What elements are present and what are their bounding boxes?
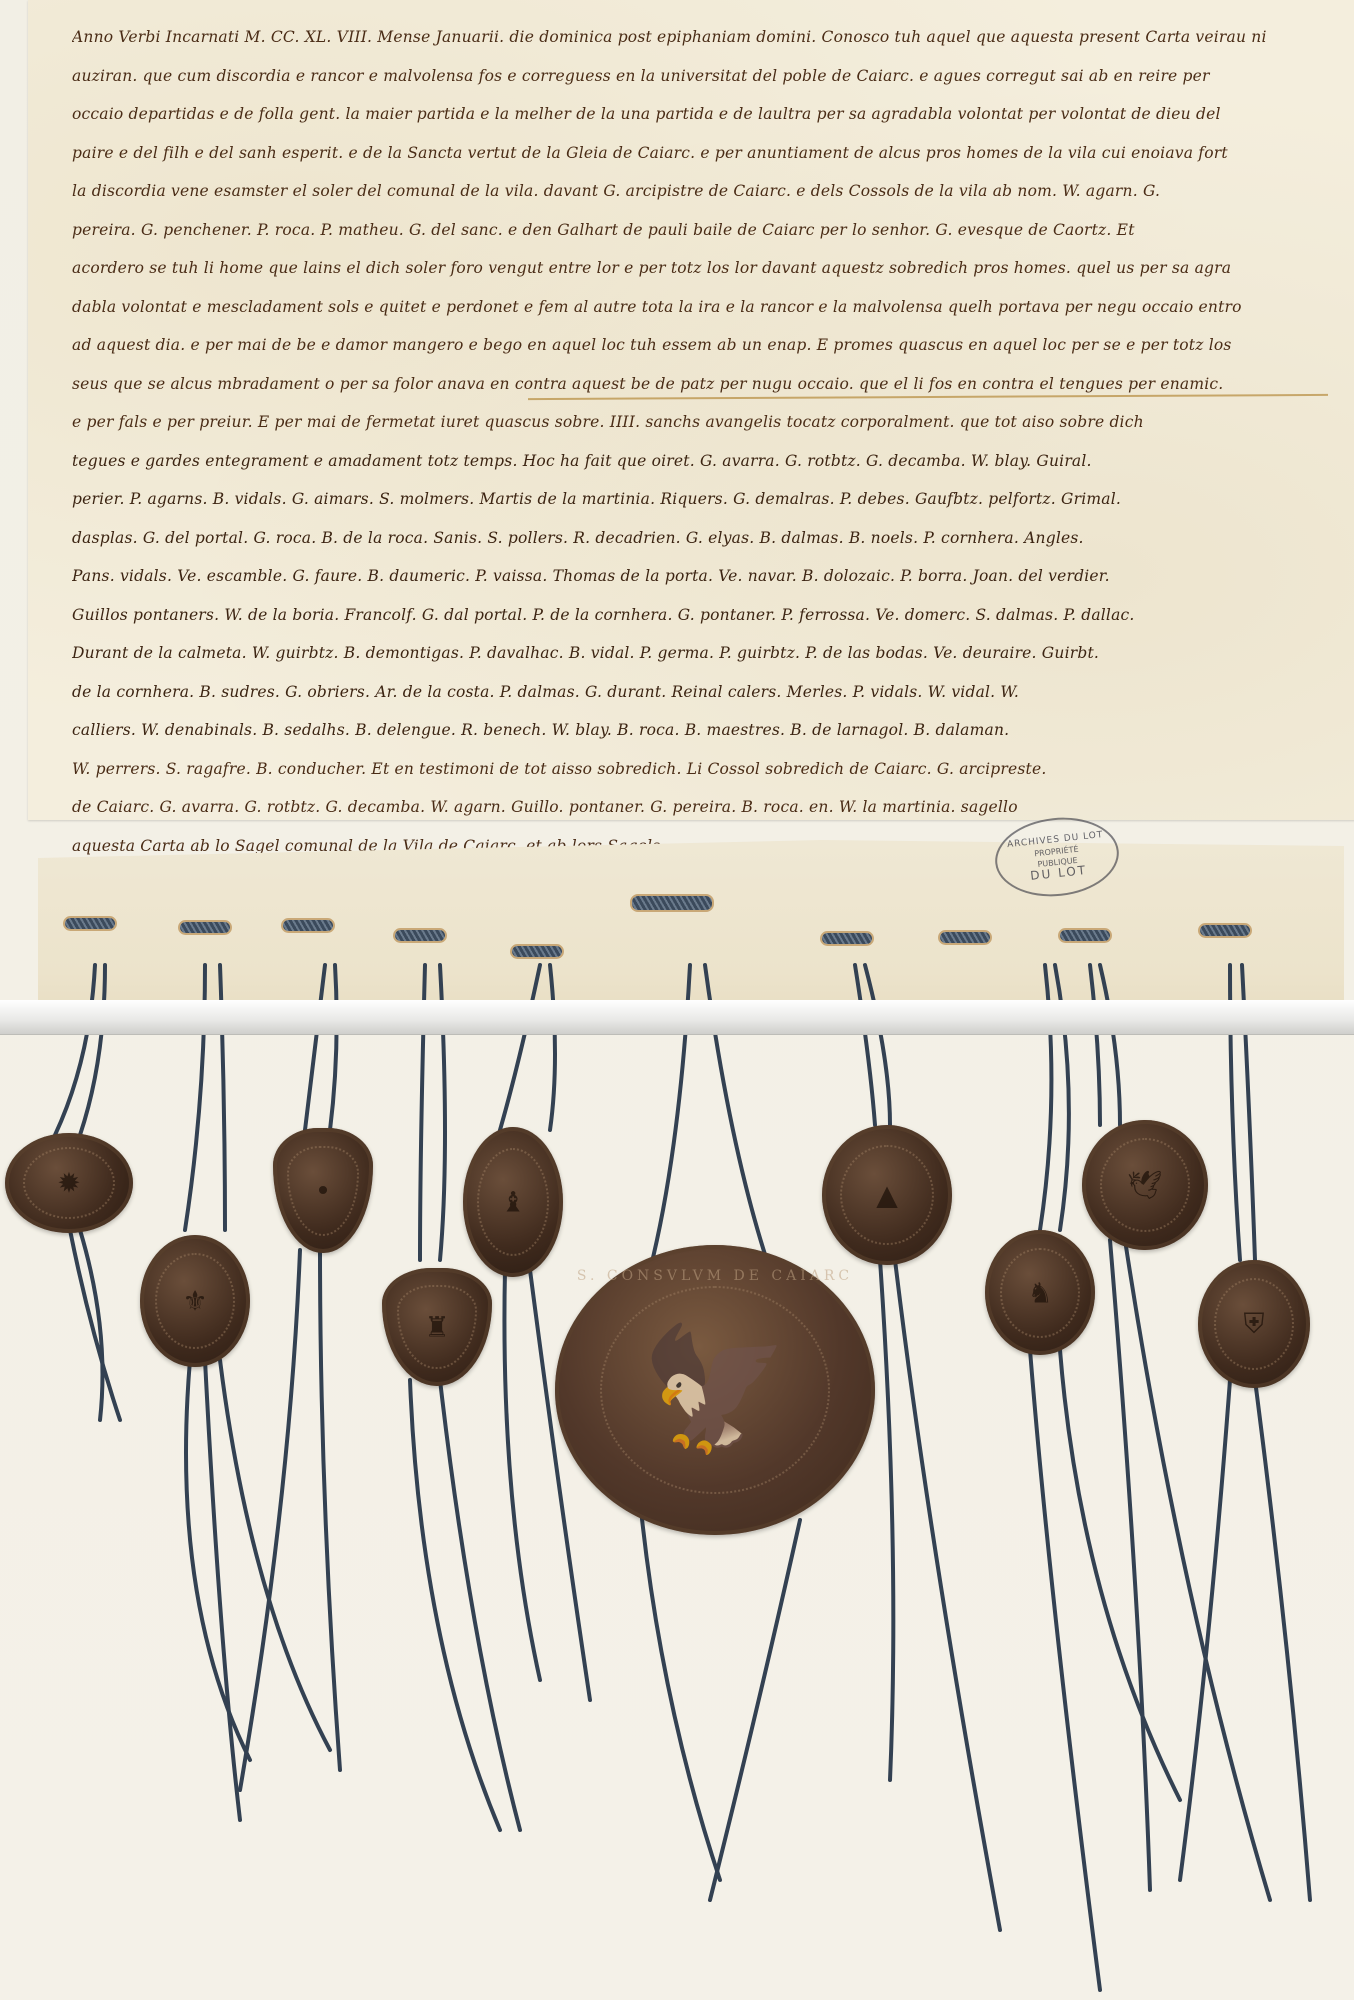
stamp-line-3: DU LOT [1030,865,1088,882]
boss-icon: • [315,1174,332,1207]
text-line: W. perrers. S. ragafre. B. conducher. Et… [72,750,1342,789]
cord-slot [940,932,990,943]
cord-slot [283,920,333,931]
text-line: dabla volontat e mescladament sols e qui… [72,288,1342,327]
witness-line: perier. P. agarns. B. vidals. G. aimars.… [72,480,1342,519]
fleur-de-lis-icon: ⚜ [182,1285,207,1318]
charter-parchment: Anno Verbi Incarnati M. CC. XL. VIII. Me… [28,0,1354,820]
witness-line: dasplas. G. del portal. G. roca. B. de l… [72,519,1342,558]
cord-slot [822,933,872,944]
text-line: occaio departidas e de folla gent. la ma… [72,95,1342,134]
wax-seal-oval-figure: ♝ [463,1127,563,1277]
text-line: e per fals e per preiur. E per mai de fe… [72,403,1342,442]
bird-icon: ♞ [1027,1276,1052,1309]
cord-slot [180,922,230,933]
shield-device-icon: ⛨ [1243,1307,1264,1341]
witness-line: tegues e gardes entegrament e amadament … [72,442,1342,481]
star-icon: ✹ [57,1167,80,1200]
bird-icon: 🕊 [1127,1169,1163,1202]
communal-seal-eagle: S. CONSVLVM DE CAIARC 🦅 [555,1245,875,1535]
cord-slot [632,896,712,910]
eagle-icon: 🦅 [640,1320,789,1460]
boss-icon: ▲ [876,1179,898,1212]
text-line: la discordia vene esamster el soler del … [72,172,1342,211]
wax-seal-bird: 🕊 [1082,1120,1208,1250]
text-line: de Caiarc. G. avarra. G. rotbtz. G. deca… [72,788,1342,827]
seal-legend: S. CONSVLVM DE CAIARC [555,1268,875,1284]
text-line: pereira. G. penchener. P. roca. P. mathe… [72,211,1342,250]
cord-slot [395,930,445,941]
wax-seal-device: ⛨ [1198,1260,1310,1388]
witness-line: Durant de la calmeta. W. guirbtz. B. dem… [72,634,1342,673]
wax-seal-boss: ▲ [822,1125,952,1265]
text-line: Anno Verbi Incarnati M. CC. XL. VIII. Me… [72,18,1342,57]
wax-seal-bird-small: ♞ [985,1230,1095,1355]
witness-line: Pans. vidals. Ve. escamble. G. faure. B.… [72,557,1342,596]
witness-line: calliers. W. denabinals. B. sedalhs. B. … [72,711,1342,750]
text-line: paire e del filh e del sanh esperit. e d… [72,134,1342,173]
cord-slot [1060,930,1110,941]
text-line: auziran. que cum discordia e rancor e ma… [72,57,1342,96]
wax-seal-fleur: ⚜ [140,1235,250,1367]
figure-icon: ♜ [424,1311,449,1344]
charter-text: Anno Verbi Incarnati M. CC. XL. VIII. Me… [72,18,1342,865]
cord-slot [65,918,115,929]
text-line: acordero se tuh li home que lains el dic… [72,249,1342,288]
witness-line: de la cornhera. B. sudres. G. obriers. A… [72,673,1342,712]
mounting-rod [0,1000,1354,1035]
text-line: ad aquest dia. e per mai de be e damor m… [72,326,1342,365]
witness-line: Guillos pontaners. W. de la boria. Franc… [72,596,1342,635]
cord-slot [1200,925,1250,936]
standing-figure-icon: ♝ [500,1186,525,1219]
wax-seal-star: ✹ [5,1133,133,1233]
